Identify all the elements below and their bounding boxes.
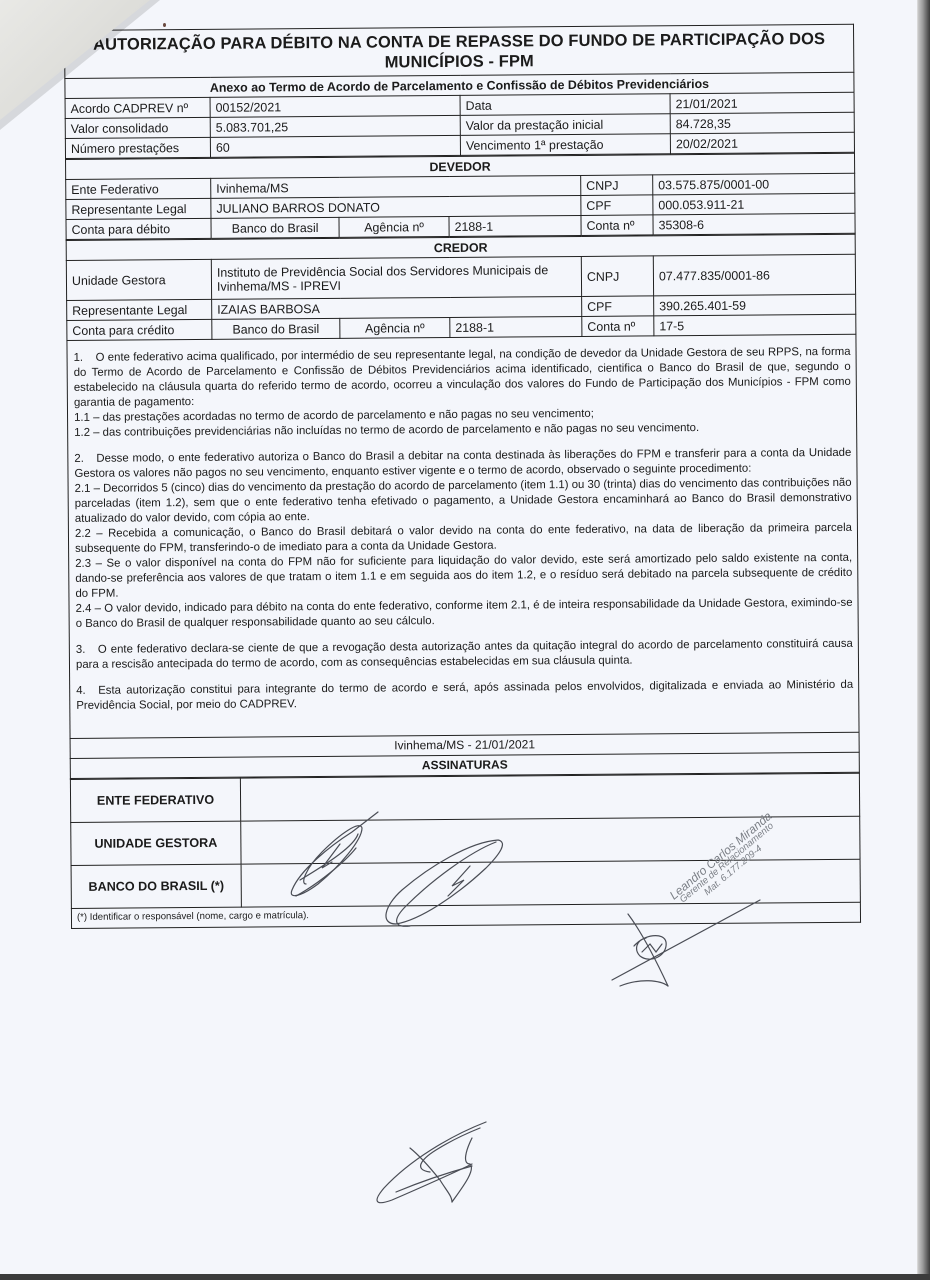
credor-representante-label: Representante Legal bbox=[67, 299, 212, 320]
credor-cpf-label: CPF bbox=[582, 296, 654, 317]
signature-label-unidade: UNIDADE GESTORA bbox=[71, 821, 241, 865]
prestacao-inicial-label: Valor da prestação inicial bbox=[460, 114, 670, 136]
data-value: 21/01/2021 bbox=[670, 92, 854, 113]
credor-cpf-value: 390.265.401-59 bbox=[654, 294, 856, 316]
valor-consolidado-value: 5.083.701,25 bbox=[210, 115, 460, 137]
signature-label-ente: ENTE FEDERATIVO bbox=[70, 778, 240, 822]
valor-consolidado-label: Valor consolidado bbox=[65, 117, 210, 138]
clause-1: 1.O ente federativo acima qualificado, p… bbox=[74, 345, 851, 411]
credor-table: CREDOR Unidade Gestora Instituto de Prev… bbox=[66, 234, 857, 341]
acordo-value: 00152/2021 bbox=[210, 95, 460, 117]
signature-field-banco bbox=[241, 859, 860, 907]
credor-cnpj-label: CNPJ bbox=[581, 256, 653, 297]
credor-conta-num-value: 17-5 bbox=[654, 314, 856, 336]
signature-label-banco: BANCO DO BRASIL (*) bbox=[71, 864, 241, 908]
devedor-cnpj-label: CNPJ bbox=[581, 175, 653, 196]
devedor-cnpj-value: 03.575.875/0001-00 bbox=[653, 173, 855, 195]
conta-credito-label: Conta para crédito bbox=[67, 319, 212, 340]
devedor-conta-num-label: Conta nº bbox=[581, 215, 653, 236]
devedor-banco-value: Banco do Brasil bbox=[211, 217, 339, 238]
data-label: Data bbox=[460, 94, 670, 116]
devedor-agencia-value: 2188-1 bbox=[449, 215, 581, 236]
devedor-cpf-value: 000.053.911-21 bbox=[653, 193, 855, 215]
ente-label: Ente Federativo bbox=[66, 178, 211, 199]
credor-agencia-value: 2188-1 bbox=[450, 316, 582, 337]
devedor-agencia-label: Agência nº bbox=[339, 216, 449, 237]
clause-4: 4.Esta autorização constitui para integr… bbox=[76, 678, 853, 714]
authorization-form: AUTORIZAÇÃO PARA DÉBITO NA CONTA DE REPA… bbox=[64, 24, 861, 929]
conta-debito-label: Conta para débito bbox=[66, 218, 211, 239]
prestacao-inicial-value: 84.728,35 bbox=[670, 112, 854, 133]
credor-conta-num-label: Conta nº bbox=[582, 316, 654, 337]
acordo-label: Acordo CADPREV nº bbox=[65, 97, 210, 118]
clause-2-1: 2.1 – Decorridos 5 (cinco) dias do venci… bbox=[75, 476, 852, 527]
clause-2-3: 2.3 – Se o valor disponível na conta do … bbox=[75, 551, 852, 602]
credor-banco-value: Banco do Brasil bbox=[212, 318, 340, 339]
agreement-table: Anexo ao Termo de Acordo de Parcelamento… bbox=[64, 72, 855, 159]
credor-agencia-label: Agência nº bbox=[340, 317, 450, 338]
devedor-cpf-label: CPF bbox=[581, 195, 653, 216]
ink-speck bbox=[163, 23, 166, 27]
numero-prestacoes-value: 60 bbox=[210, 135, 460, 157]
devedor-table: DEVEDOR Ente Federativo Ivinhema/MS CNPJ… bbox=[65, 153, 856, 240]
unidade-value: Instituto de Previdência Social dos Serv… bbox=[211, 256, 581, 299]
unidade-label: Unidade Gestora bbox=[66, 259, 211, 300]
devedor-representante-label: Representante Legal bbox=[66, 198, 211, 219]
numero-prestacoes-label: Número prestações bbox=[65, 137, 210, 158]
scanner-edge-bottom bbox=[0, 1274, 930, 1280]
document-title: AUTORIZAÇÃO PARA DÉBITO NA CONTA DE REPA… bbox=[64, 24, 854, 78]
credor-cnpj-value: 07.477.835/0001-86 bbox=[653, 254, 855, 296]
devedor-conta-num-value: 35308-6 bbox=[653, 213, 855, 235]
scanner-edge-right bbox=[918, 0, 930, 1280]
vencimento-value: 20/02/2021 bbox=[670, 132, 854, 153]
clauses-body: 1.O ente federativo acima qualificado, p… bbox=[66, 335, 859, 739]
vencimento-label: Vencimento 1ª prestação bbox=[460, 134, 670, 156]
